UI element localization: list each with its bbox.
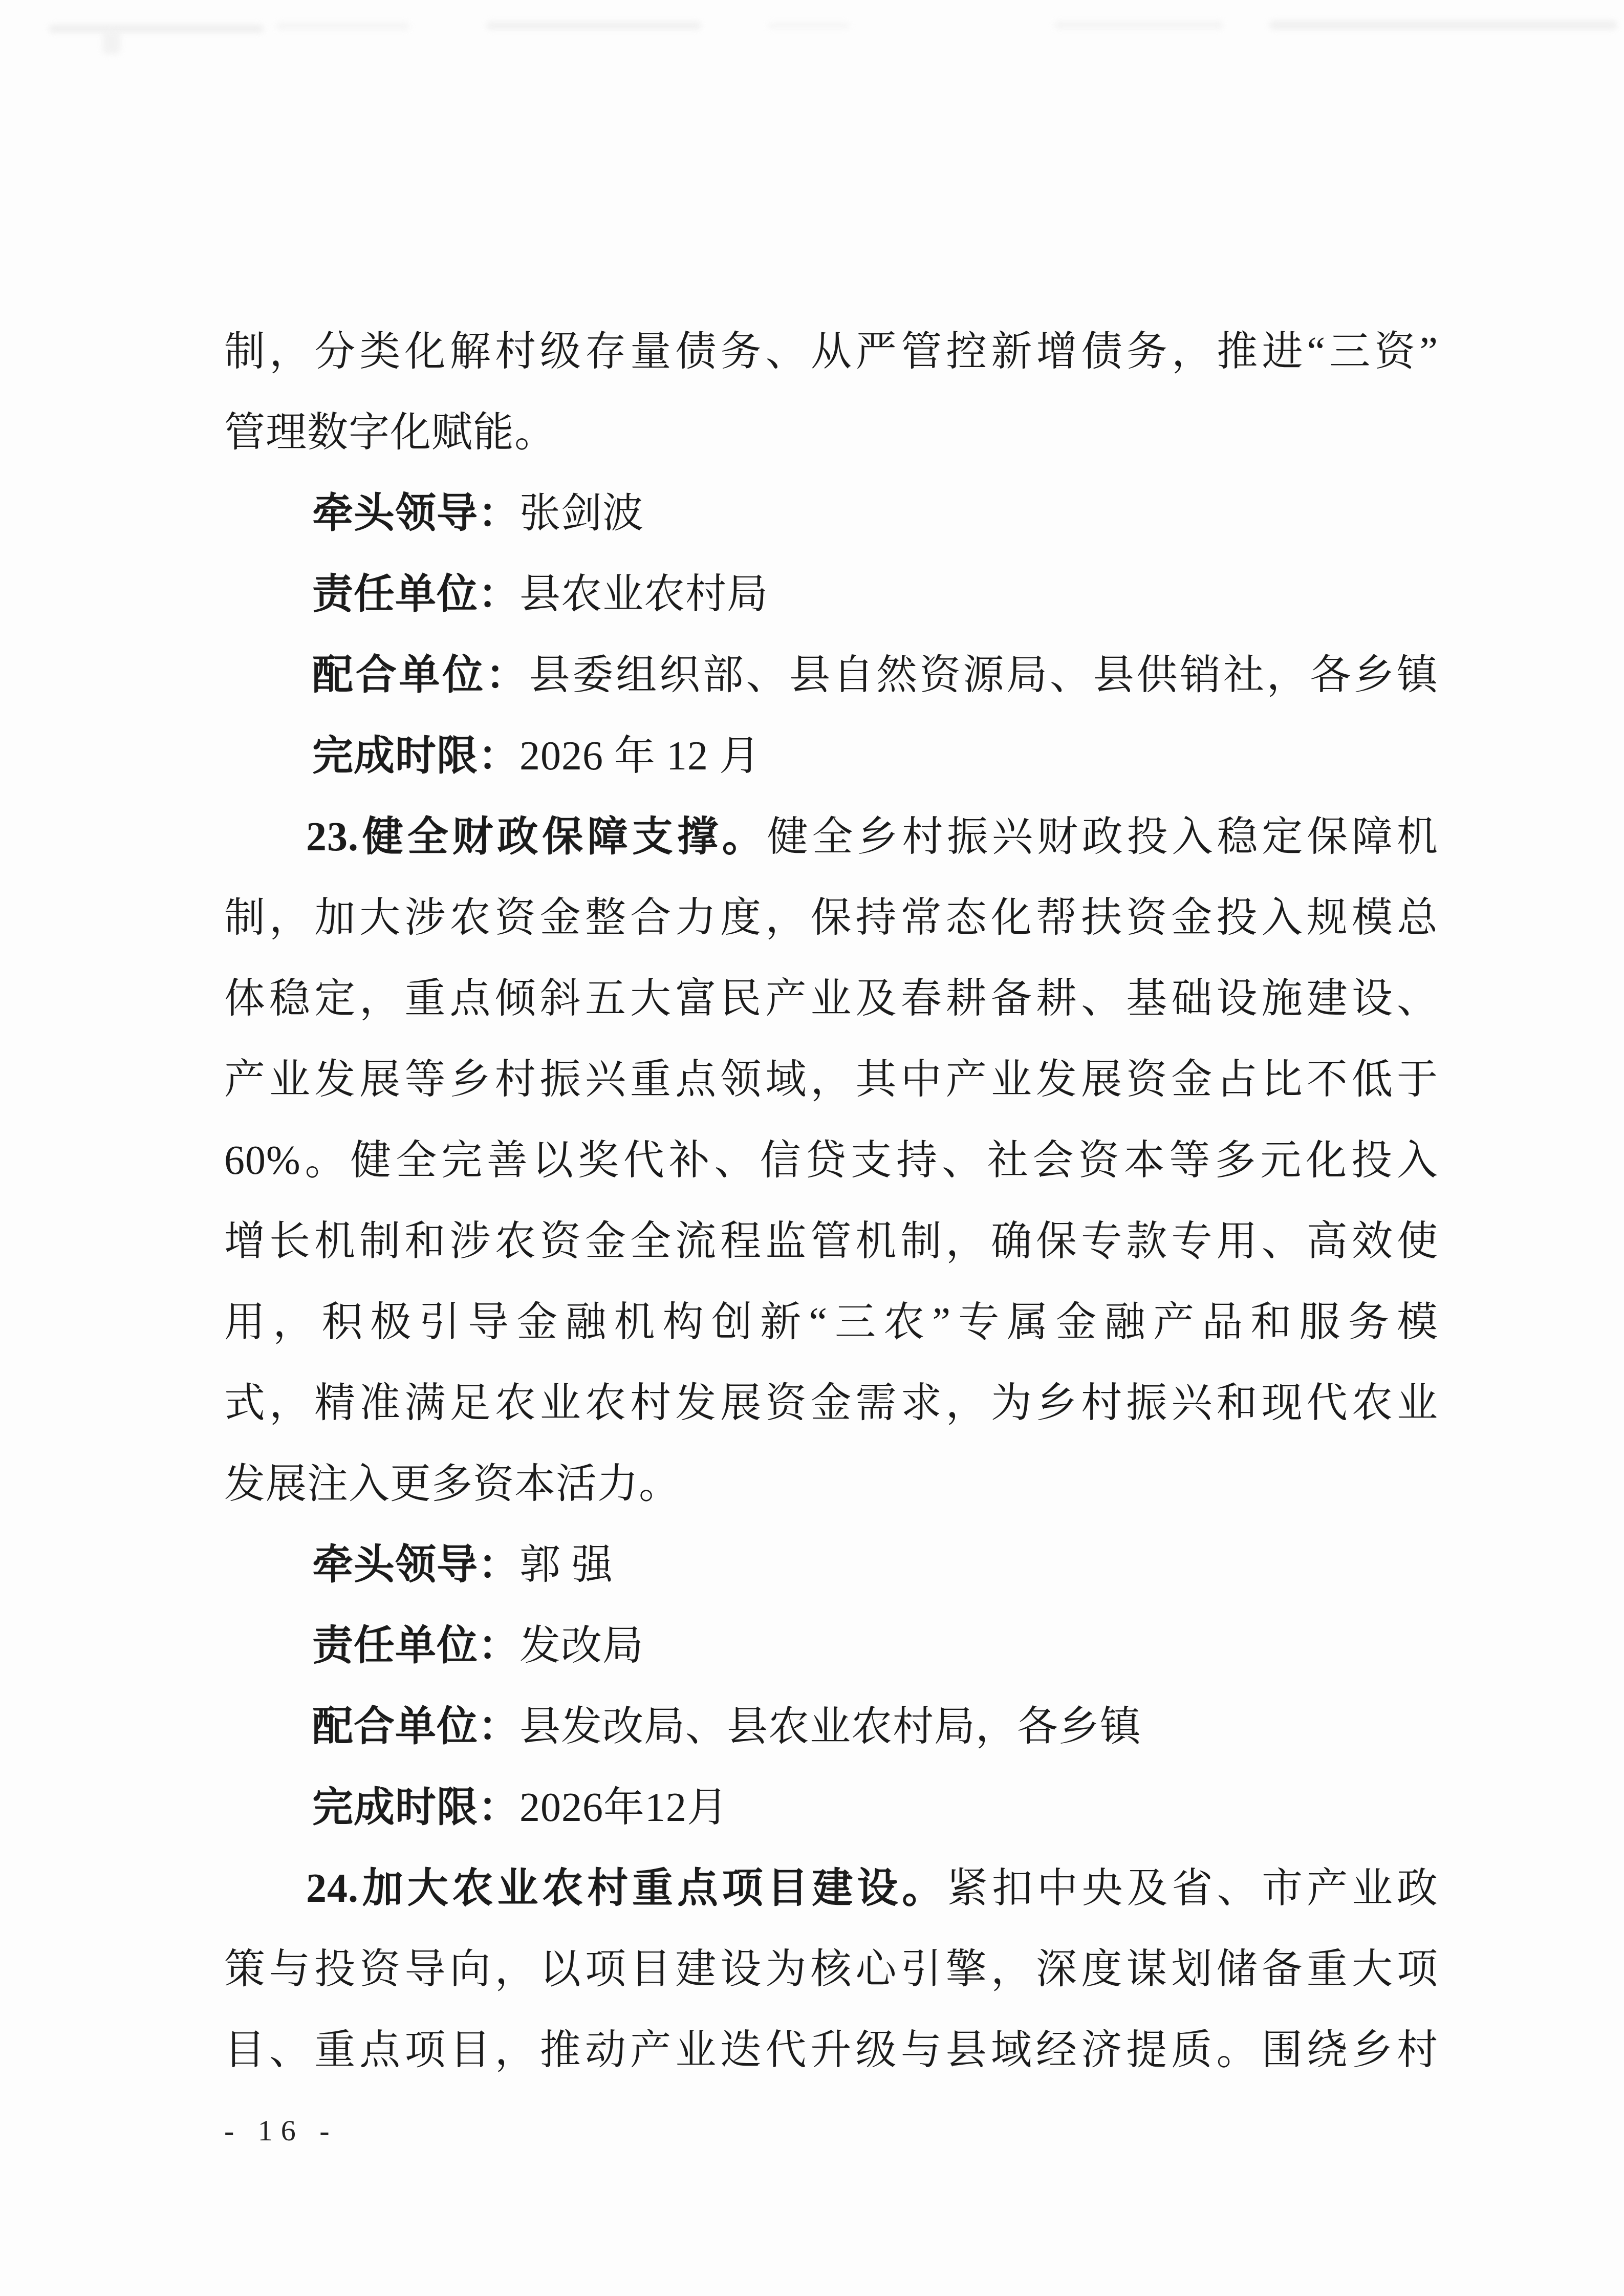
line-text: 策与投资导向，以项目建设为核心引擎，深度谋划储备重大项 (224, 1947, 1438, 1992)
line-label: 24.加大农业农村重点项目建设。 (306, 1866, 947, 1911)
line-text: 县发改局、县农业农村局，各乡镇 (519, 1704, 1141, 1749)
line-text: 发改局 (519, 1623, 644, 1668)
line-text: 体稳定，重点倾斜五大富民产业及春耕备耕、基础设施建设、 (224, 976, 1438, 1021)
line-label: 配合单位： (312, 653, 529, 698)
scan-artifact (1269, 20, 1617, 30)
text-line: 责任单位：发改局 (224, 1605, 1438, 1686)
text-line: 23.健全财政保障支撑。健全乡村振兴财政投入稳定保障机 (224, 797, 1438, 877)
line-label: 牵头领导： (312, 491, 519, 536)
line-text: 管理数字化赋能。 (224, 410, 556, 455)
line-text: 增长机制和涉农资金全流程监管机制，确保专款专用、高效使 (224, 1219, 1438, 1264)
text-line: 配合单位：县发改局、县农业农村局，各乡镇 (224, 1686, 1438, 1767)
line-text: 制，分类化解村级存量债务、从严管控新增债务，推进“三资” (224, 329, 1438, 374)
text-line: 60%。健全完善以奖代补、信贷支持、社会资本等多元化投入 (224, 1120, 1438, 1201)
text-line: 管理数字化赋能。 (224, 392, 1438, 473)
line-label: 23.健全财政保障支撑。 (306, 814, 767, 860)
text-line: 牵头领导：张剑波 (224, 473, 1438, 554)
page-number: - 16 - (224, 2113, 338, 2148)
text-line: 制，加大涉农资金整合力度，保持常态化帮扶资金投入规模总 (224, 877, 1438, 958)
text-line: 完成时限：2026 年 12 月 (224, 716, 1438, 797)
text-line: 配合单位：县委组织部、县自然资源局、县供销社，各乡镇 (224, 635, 1438, 716)
text-line: 策与投资导向，以项目建设为核心引擎，深度谋划储备重大项 (224, 1929, 1438, 2010)
line-label: 责任单位： (312, 572, 519, 617)
text-line: 目、重点项目，推动产业迭代升级与县域经济提质。围绕乡村 (224, 2010, 1438, 2091)
document-page: 制，分类化解村级存量债务、从严管控新增债务，推进“三资” 管理数字化赋能。 牵头… (0, 0, 1624, 2296)
line-label: 完成时限： (312, 1785, 519, 1830)
text-line: 制，分类化解村级存量债务、从严管控新增债务，推进“三资” (224, 311, 1438, 392)
line-text: 2026 年 12 月 (519, 734, 761, 779)
line-text: 县委组织部、县自然资源局、县供销社，各乡镇 (529, 653, 1438, 698)
text-line: 发展注入更多资本活力。 (224, 1444, 1438, 1525)
line-text: 郭 强 (519, 1542, 613, 1587)
line-text: 目、重点项目，推动产业迭代升级与县域经济提质。围绕乡村 (224, 2028, 1438, 2073)
text-line: 增长机制和涉农资金全流程监管机制，确保专款专用、高效使 (224, 1201, 1438, 1282)
line-label: 牵头领导： (312, 1542, 519, 1587)
scan-artifact (102, 31, 121, 54)
text-column: 制，分类化解村级存量债务、从严管控新增债务，推进“三资” 管理数字化赋能。 牵头… (224, 311, 1438, 2091)
line-text: 2026年12月 (519, 1785, 728, 1830)
line-text: 式，精准满足农业农村发展资金需求，为乡村振兴和现代农业 (224, 1381, 1438, 1426)
scan-artifact (1054, 22, 1223, 29)
line-text: 张剑波 (519, 491, 644, 536)
text-line: 用，积极引导金融机构创新“三农”专属金融产品和服务模 (224, 1282, 1438, 1363)
text-line: 24.加大农业农村重点项目建设。紧扣中央及省、市产业政 (224, 1848, 1438, 1929)
text-line: 式，精准满足农业农村发展资金需求，为乡村振兴和现代农业 (224, 1363, 1438, 1444)
scan-artifact (276, 23, 409, 30)
scan-artifact (768, 23, 850, 29)
text-line: 体稳定，重点倾斜五大富民产业及春耕备耕、基础设施建设、 (224, 958, 1438, 1039)
line-text: 县农业农村局 (519, 572, 768, 617)
text-line: 产业发展等乡村振兴重点领域，其中产业发展资金占比不低于 (224, 1039, 1438, 1120)
line-text: 产业发展等乡村振兴重点领域，其中产业发展资金占比不低于 (224, 1057, 1438, 1102)
line-label: 配合单位： (312, 1704, 519, 1749)
scan-artifact (49, 25, 264, 33)
line-text: 用，积极引导金融机构创新“三农”专属金融产品和服务模 (224, 1300, 1438, 1345)
text-line: 责任单位：县农业农村局 (224, 554, 1438, 635)
scan-artifact (486, 22, 701, 30)
line-text: 发展注入更多资本活力。 (224, 1462, 680, 1507)
line-label: 完成时限： (312, 734, 519, 779)
line-text: 紧扣中央及省、市产业政 (947, 1866, 1438, 1911)
line-label: 责任单位： (312, 1623, 519, 1668)
line-text: 制，加大涉农资金整合力度，保持常态化帮扶资金投入规模总 (224, 895, 1438, 940)
line-text: 60%。健全完善以奖代补、信贷支持、社会资本等多元化投入 (224, 1138, 1438, 1183)
line-text: 健全乡村振兴财政投入稳定保障机 (767, 814, 1438, 860)
text-line: 牵头领导：郭 强 (224, 1525, 1438, 1605)
text-line: 完成时限：2026年12月 (224, 1767, 1438, 1848)
